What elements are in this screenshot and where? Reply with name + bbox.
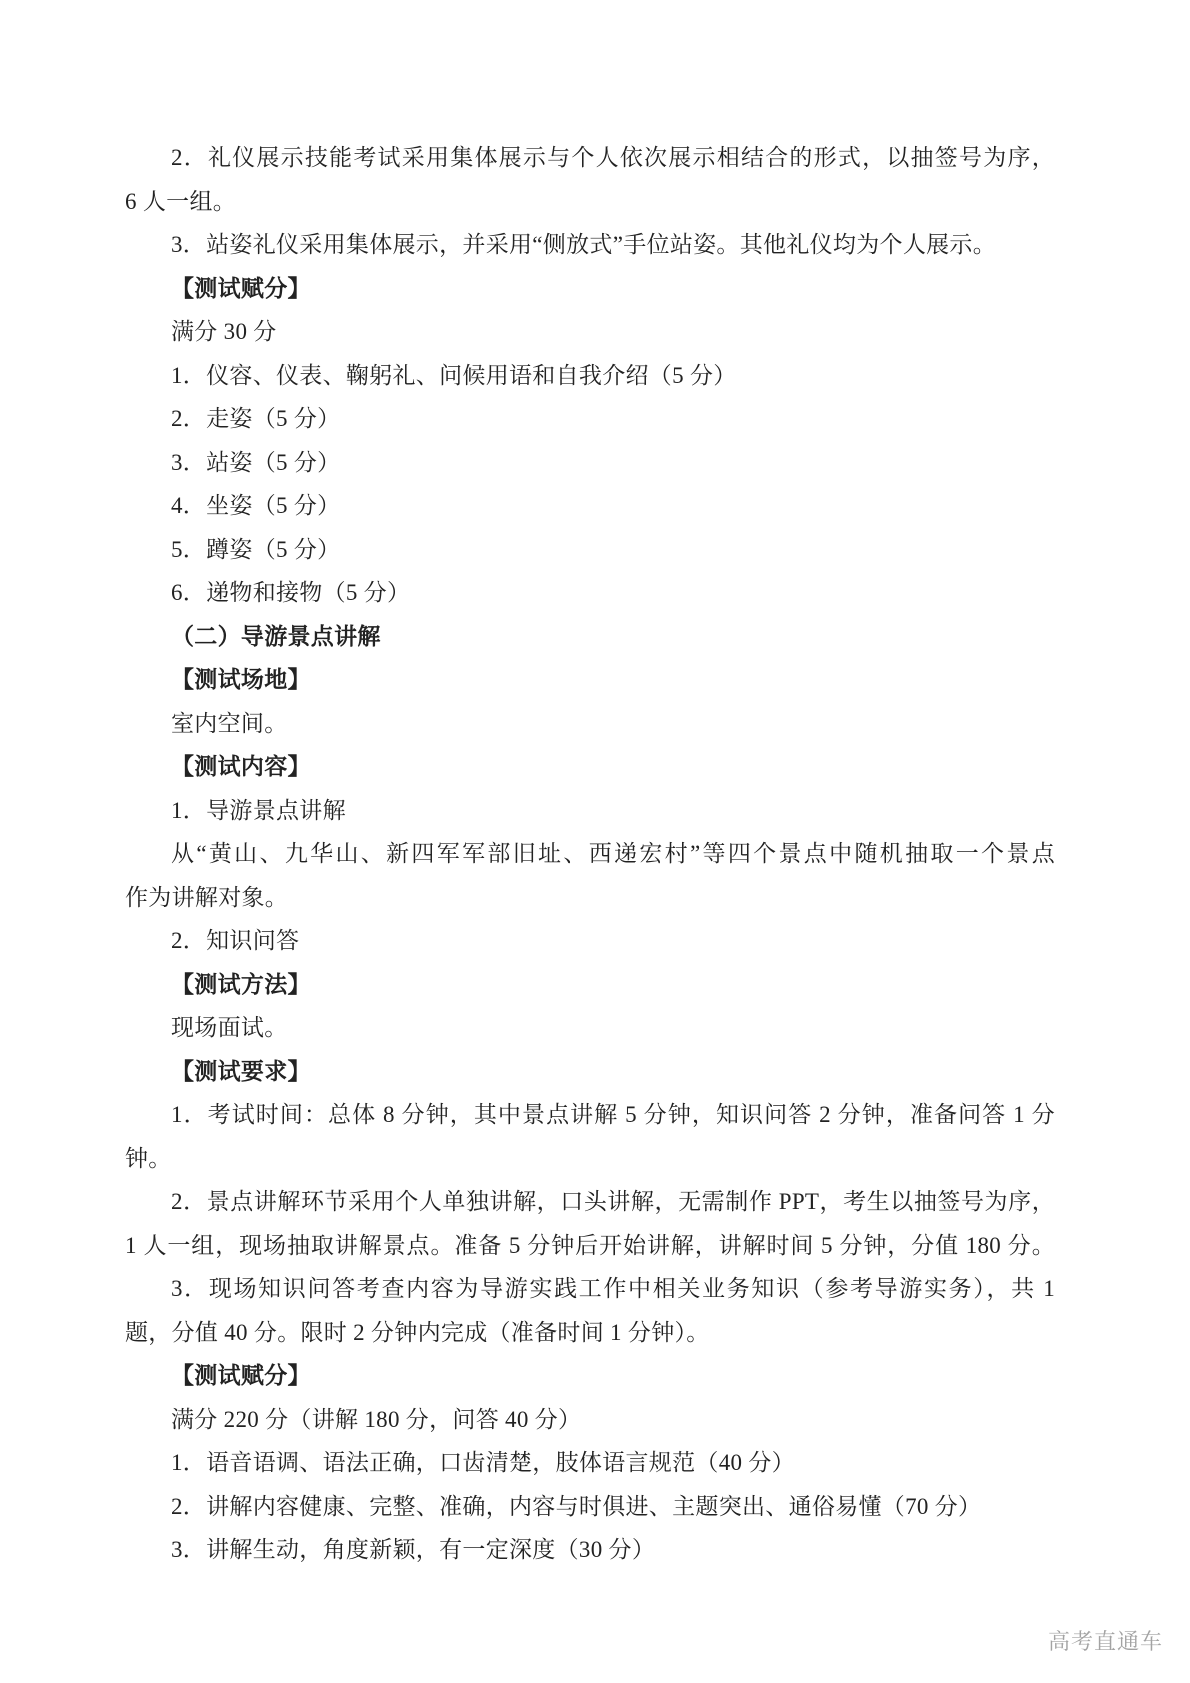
paragraph-line: 2．知识问答 — [125, 919, 1055, 963]
paragraph-line: 3．站姿礼仪采用集体展示，并采用“侧放式”手位站姿。其他礼仪均为个人展示。 — [125, 223, 1055, 267]
list-item-line: 6．递物和接物（5 分） — [125, 571, 1055, 615]
list-item-line: 1．语音语调、语法正确，口齿清楚，肢体语言规范（40 分） — [125, 1441, 1055, 1485]
section-heading-line: 【测试内容】 — [125, 745, 1055, 789]
section-heading-line: （二）导游景点讲解 — [125, 615, 1055, 659]
paragraph-line: 作为讲解对象。 — [125, 876, 1055, 920]
section-heading-line: 【测试赋分】 — [125, 1354, 1055, 1398]
section-heading-line: 【测试赋分】 — [125, 267, 1055, 311]
paragraph-line: 3．现场知识问答考查内容为导游实践工作中相关业务知识（参考导游实务），共 1 — [125, 1267, 1055, 1311]
watermark: 高考直通车 — [1048, 1629, 1163, 1655]
paragraph-line: 6 人一组。 — [125, 180, 1055, 224]
paragraph-line: 2．礼仪展示技能考试采用集体展示与个人依次展示相结合的形式，以抽签号为序， — [125, 136, 1055, 180]
paragraph-line: 满分 220 分（讲解 180 分，问答 40 分） — [125, 1398, 1055, 1442]
paragraph-line: 室内空间。 — [125, 702, 1055, 746]
document-body: 2．礼仪展示技能考试采用集体展示与个人依次展示相结合的形式，以抽签号为序， 6 … — [125, 136, 1055, 1572]
section-heading-line: 【测试要求】 — [125, 1050, 1055, 1094]
paragraph-line: 1 人一组，现场抽取讲解景点。准备 5 分钟后开始讲解，讲解时间 5 分钟，分值… — [125, 1224, 1055, 1268]
list-item-line: 2．讲解内容健康、完整、准确，内容与时俱进、主题突出、通俗易懂（70 分） — [125, 1485, 1055, 1529]
paragraph-line: 1．导游景点讲解 — [125, 789, 1055, 833]
list-item-line: 4．坐姿（5 分） — [125, 484, 1055, 528]
paragraph-line: 从“黄山、九华山、新四军军部旧址、西递宏村”等四个景点中随机抽取一个景点 — [125, 832, 1055, 876]
list-item-line: 3．站姿（5 分） — [125, 441, 1055, 485]
list-item-line: 5．蹲姿（5 分） — [125, 528, 1055, 572]
paragraph-line: 钟。 — [125, 1137, 1055, 1181]
list-item-line: 2．走姿（5 分） — [125, 397, 1055, 441]
paragraph-line: 现场面试。 — [125, 1006, 1055, 1050]
list-item-line: 1．仪容、仪表、鞠躬礼、问候用语和自我介绍（5 分） — [125, 354, 1055, 398]
paragraph-line: 1．考试时间：总体 8 分钟，其中景点讲解 5 分钟，知识问答 2 分钟，准备问… — [125, 1093, 1055, 1137]
paragraph-line: 满分 30 分 — [125, 310, 1055, 354]
section-heading-line: 【测试场地】 — [125, 658, 1055, 702]
section-heading-line: 【测试方法】 — [125, 963, 1055, 1007]
paragraph-line: 题，分值 40 分。限时 2 分钟内完成（准备时间 1 分钟）。 — [125, 1311, 1055, 1355]
paragraph-line: 2．景点讲解环节采用个人单独讲解，口头讲解，无需制作 PPT，考生以抽签号为序， — [125, 1180, 1055, 1224]
list-item-line: 3．讲解生动，角度新颖，有一定深度（30 分） — [125, 1528, 1055, 1572]
document-page: 2．礼仪展示技能考试采用集体展示与个人依次展示相结合的形式，以抽签号为序， 6 … — [0, 0, 1190, 1683]
